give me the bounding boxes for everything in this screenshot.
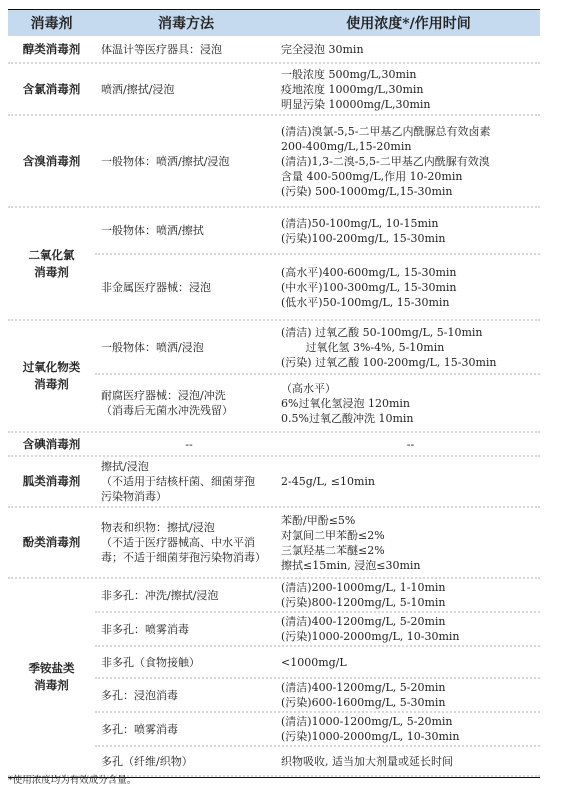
dose-cell: (清洁)50-100mg/L, 10-15min(污染)100-200mg/L,… xyxy=(277,208,540,253)
dose-line: (中水平)100-300mg/L, 15-30min xyxy=(281,280,540,295)
dose-line: 苯酚/甲酚≤5% xyxy=(281,513,540,528)
method-cell: 多孔：喷雾消毒 xyxy=(95,713,277,745)
dose-line: (清洁)400-1200mg/L, 5-20min xyxy=(281,614,540,629)
method-cell: 多孔（纤维/织物） xyxy=(95,747,277,775)
method-row: 耐腐医疗器械：浸泡/冲洗 （消毒后无菌水冲洗残留）（高水平）6%过氧化氢浸泡 1… xyxy=(95,373,540,431)
method-row: 非多孔：喷雾消毒(清洁)400-1200mg/L, 5-20min(污染)100… xyxy=(95,611,540,645)
dose-cell: <1000mg/L xyxy=(277,647,540,677)
dose-cell: 织物吸收, 适当加大剂量或延长时间 xyxy=(277,747,540,775)
table-row: 胍类消毒剂擦拭/浸泡 （不适用于结核杆菌、细菌芽孢 污染物消毒）2-45g/L,… xyxy=(8,457,540,508)
table-row: 含氯消毒剂喷洒/擦拭/浸泡一般浓度 500mg/L,30min疫地浓度 1000… xyxy=(8,64,540,116)
dose-cell: 2-45g/L, ≤10min xyxy=(277,457,540,506)
dose-line: (清洁)1000-1200mg/L, 5-20min xyxy=(281,714,540,729)
method-row: 体温计等医疗器具：浸泡完全浸泡 30min xyxy=(95,36,540,62)
table-row: 二氧化氯 消毒剂一般物体：喷洒/擦拭(清洁)50-100mg/L, 10-15m… xyxy=(8,208,540,321)
dose-line: 6%过氧化氢浸泡 120min xyxy=(281,396,540,411)
method-row: 多孔（纤维/织物）织物吸收, 适当加大剂量或延长时间 xyxy=(95,745,540,775)
dose-line: 0.5%过氧乙酸冲洗 10min xyxy=(281,411,540,426)
disinfectant-name: 含氯消毒剂 xyxy=(8,64,95,114)
method-row: 喷洒/擦拭/浸泡一般浓度 500mg/L,30min疫地浓度 1000mg/L,… xyxy=(95,64,540,114)
method-cell: 非多孔：冲洗/擦拭/浸泡 xyxy=(95,579,277,611)
dose-line: (低水平)50-100mg/L, 15-30min xyxy=(281,295,540,310)
dose-line: 织物吸收, 适当加大剂量或延长时间 xyxy=(281,754,540,769)
method-cell: 多孔：浸泡消毒 xyxy=(95,679,277,711)
dose-line: 擦拭≤15min, 浸泡≤30min xyxy=(281,558,540,573)
dose-line: 一般浓度 500mg/L,30min xyxy=(281,67,540,82)
method-cell: 一般物体：喷洒/擦拭/浸泡 xyxy=(95,116,277,206)
dose-line: (清洁)溴氯-5,5-二甲基乙内酰脲总有效卤素 xyxy=(281,124,540,139)
method-cell: 擦拭/浸泡 （不适用于结核杆菌、细菌芽孢 污染物消毒） xyxy=(95,457,277,506)
table-row: 过氧化物类 消毒剂一般物体：喷洒/浸泡(清洁) 过氧乙酸 50-100mg/L,… xyxy=(8,321,540,433)
dose-cell: 完全浸泡 30min xyxy=(277,36,540,62)
table-row: 酚类消毒剂物表和织物：擦拭/浸泡 （不适于医疗器械高、中水平消 毒；不适于细菌芽… xyxy=(8,508,540,579)
disinfectant-name: 季铵盐类 消毒剂 xyxy=(8,579,95,775)
method-row: 物表和织物：擦拭/浸泡 （不适于医疗器械高、中水平消 毒；不适于细菌芽孢污染物消… xyxy=(95,508,540,577)
method-row: ---- xyxy=(95,433,540,455)
header-method: 消毒方法 xyxy=(95,13,277,33)
dose-line: -- xyxy=(281,437,540,452)
method-cell: 一般物体：喷洒/浸泡 xyxy=(95,321,277,373)
method-row: 一般物体：喷洒/浸泡(清洁) 过氧乙酸 50-100mg/L, 5-10min … xyxy=(95,321,540,373)
dose-cell: (清洁)400-1200mg/L, 5-20min(污染)600-1600mg/… xyxy=(277,679,540,711)
method-row: 非多孔：冲洗/擦拭/浸泡(清洁)200-1000mg/L, 1-10min(污染… xyxy=(95,579,540,611)
dose-cell: (高水平)400-600mg/L, 15-30min(中水平)100-300mg… xyxy=(277,255,540,319)
dose-line: 2-45g/L, ≤10min xyxy=(281,474,540,489)
disinfectant-name: 含碘消毒剂 xyxy=(8,433,95,455)
header-dose: 使用浓度*/作用时间 xyxy=(277,13,540,33)
table-header: 消毒剂 消毒方法 使用浓度*/作用时间 xyxy=(8,10,540,36)
method-row: 多孔：浸泡消毒(清洁)400-1200mg/L, 5-20min(污染)600-… xyxy=(95,677,540,711)
method-cell: 非金属医疗器械：浸泡 xyxy=(95,255,277,319)
dose-line: 完全浸泡 30min xyxy=(281,42,540,57)
disinfectant-name: 胍类消毒剂 xyxy=(8,457,95,506)
dose-cell: -- xyxy=(277,433,540,455)
dose-line: (污染) 过氧乙酸 100-200mg/L, 15-30min xyxy=(281,355,540,370)
method-row: 非金属医疗器械：浸泡(高水平)400-600mg/L, 15-30min(中水平… xyxy=(95,253,540,319)
method-row: 一般物体：喷洒/擦拭/浸泡(清洁)溴氯-5,5-二甲基乙内酰脲总有效卤素200-… xyxy=(95,116,540,206)
footnote: *使用浓度均为有效成分含量。 xyxy=(8,772,136,786)
method-cell: 物表和织物：擦拭/浸泡 （不适于医疗器械高、中水平消 毒；不适于细菌芽孢污染物消… xyxy=(95,508,277,577)
dose-line: (高水平)400-600mg/L, 15-30min xyxy=(281,265,540,280)
dose-cell: 苯酚/甲酚≤5%对氯间二甲苯酚≤2%三氯羟基二苯醚≤2%擦拭≤15min, 浸泡… xyxy=(277,508,540,577)
header-disinfectant: 消毒剂 xyxy=(8,13,95,33)
method-row: 多孔：喷雾消毒(清洁)1000-1200mg/L, 5-20min(污染)100… xyxy=(95,711,540,745)
method-cell: 一般物体：喷洒/擦拭 xyxy=(95,208,277,253)
dose-line: 明显污染 10000mg/L,30min xyxy=(281,97,540,112)
method-row: 一般物体：喷洒/擦拭(清洁)50-100mg/L, 10-15min(污染)10… xyxy=(95,208,540,253)
dose-line: 过氧化氢 3%-4%, 5-10min xyxy=(281,340,540,355)
method-cell: -- xyxy=(95,433,277,455)
disinfectant-table: 消毒剂 消毒方法 使用浓度*/作用时间 醇类消毒剂体温计等医疗器具：浸泡完全浸泡… xyxy=(8,9,540,778)
dose-line: (污染) 500-1000mg/L,15-30min xyxy=(281,184,540,199)
method-cell: 非多孔（食物接触） xyxy=(95,647,277,677)
dose-line: (清洁)400-1200mg/L, 5-20min xyxy=(281,680,540,695)
disinfectant-name: 醇类消毒剂 xyxy=(8,36,95,62)
disinfectant-name: 过氧化物类 消毒剂 xyxy=(8,321,95,431)
dose-cell: 一般浓度 500mg/L,30min疫地浓度 1000mg/L,30min明显污… xyxy=(277,64,540,114)
dose-line: (清洁) 过氧乙酸 50-100mg/L, 5-10min xyxy=(281,325,540,340)
dose-line: (污染)800-1200mg/L, 5-10min xyxy=(281,595,540,610)
method-cell: 喷洒/擦拭/浸泡 xyxy=(95,64,277,114)
dose-cell: （高水平）6%过氧化氢浸泡 120min0.5%过氧乙酸冲洗 10min xyxy=(277,375,540,431)
method-cell: 耐腐医疗器械：浸泡/冲洗 （消毒后无菌水冲洗残留） xyxy=(95,375,277,431)
dose-cell: (清洁) 过氧乙酸 50-100mg/L, 5-10min 过氧化氢 3%-4%… xyxy=(277,321,540,373)
dose-cell: (清洁)溴氯-5,5-二甲基乙内酰脲总有效卤素200-400mg/L,15-20… xyxy=(277,116,540,206)
dose-line: (污染)1000-2000mg/L, 10-30min xyxy=(281,629,540,644)
dose-line: (清洁)1,3-二溴-5,5-二甲基乙内酰脲有效溴 xyxy=(281,154,540,169)
method-cell: 体温计等医疗器具：浸泡 xyxy=(95,36,277,62)
dose-line: (污染)1000-2000mg/L, 10-30min xyxy=(281,729,540,744)
dose-line: (清洁)50-100mg/L, 10-15min xyxy=(281,216,540,231)
dose-line: (污染)600-1600mg/L, 5-30min xyxy=(281,695,540,710)
method-row: 擦拭/浸泡 （不适用于结核杆菌、细菌芽孢 污染物消毒）2-45g/L, ≤10m… xyxy=(95,457,540,506)
dose-line: (污染)100-200mg/L, 15-30min xyxy=(281,231,540,246)
method-cell: 非多孔：喷雾消毒 xyxy=(95,613,277,645)
dose-cell: (清洁)200-1000mg/L, 1-10min(污染)800-1200mg/… xyxy=(277,579,540,611)
table-row: 醇类消毒剂体温计等医疗器具：浸泡完全浸泡 30min xyxy=(8,36,540,64)
dose-line: <1000mg/L xyxy=(281,655,540,670)
dose-line: 疫地浓度 1000mg/L,30min xyxy=(281,82,540,97)
disinfectant-name: 含溴消毒剂 xyxy=(8,116,95,206)
disinfectant-name: 酚类消毒剂 xyxy=(8,508,95,577)
dose-line: （高水平） xyxy=(281,381,540,396)
table-body: 醇类消毒剂体温计等医疗器具：浸泡完全浸泡 30min含氯消毒剂喷洒/擦拭/浸泡一… xyxy=(8,36,540,777)
dose-line: (清洁)200-1000mg/L, 1-10min xyxy=(281,580,540,595)
table-row: 含溴消毒剂一般物体：喷洒/擦拭/浸泡(清洁)溴氯-5,5-二甲基乙内酰脲总有效卤… xyxy=(8,116,540,208)
dose-line: 200-400mg/L,15-20min xyxy=(281,139,540,154)
method-row: 非多孔（食物接触）<1000mg/L xyxy=(95,645,540,677)
table-row: 季铵盐类 消毒剂非多孔：冲洗/擦拭/浸泡(清洁)200-1000mg/L, 1-… xyxy=(8,579,540,777)
dose-line: 含量 400-500mg/L,作用 10-20min xyxy=(281,169,540,184)
dose-line: 三氯羟基二苯醚≤2% xyxy=(281,543,540,558)
dose-cell: (清洁)1000-1200mg/L, 5-20min(污染)1000-2000m… xyxy=(277,713,540,745)
dose-line: 对氯间二甲苯酚≤2% xyxy=(281,528,540,543)
disinfectant-name: 二氧化氯 消毒剂 xyxy=(8,208,95,319)
dose-cell: (清洁)400-1200mg/L, 5-20min(污染)1000-2000mg… xyxy=(277,613,540,645)
table-row: 含碘消毒剂---- xyxy=(8,433,540,457)
